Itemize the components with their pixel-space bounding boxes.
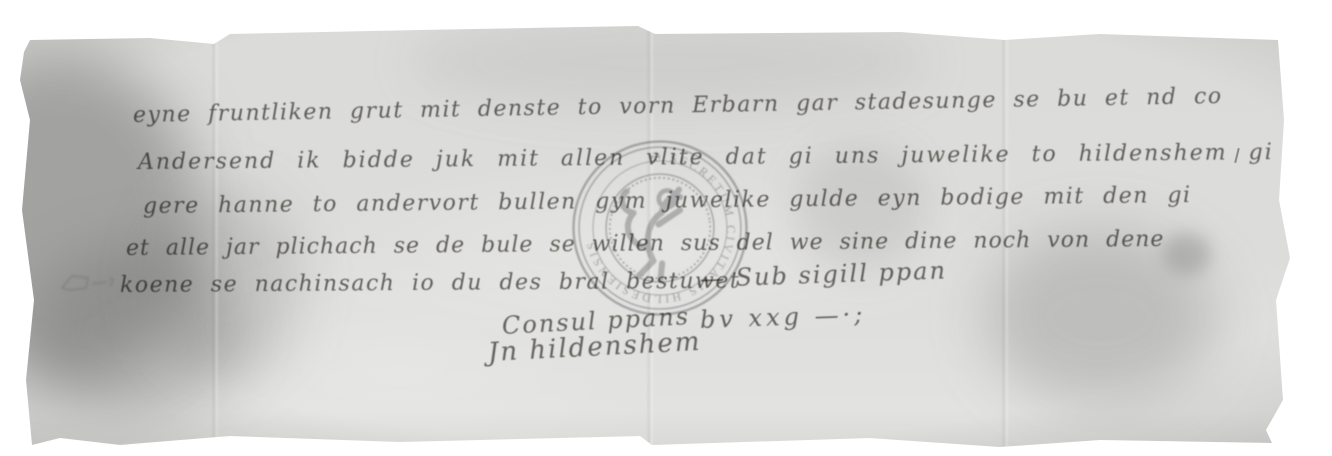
- stain-right-large: [985, 230, 1215, 405]
- manuscript-line-4: et alle jar plichach se de bule se wille…: [126, 227, 1165, 261]
- parchment: lion rampant: [0, 0, 1332, 456]
- stain-right-small: [1163, 233, 1211, 275]
- manuscript-line-6-numerals: bv xxg —·;: [700, 300, 867, 334]
- scanned-document: lion rampant: [0, 0, 1332, 456]
- faint-archival-mark: [58, 268, 120, 300]
- fold-crease-left: [213, 0, 215, 456]
- manuscript-line-1: eyne fruntliken grut mit denste to vorn …: [133, 84, 1223, 128]
- manuscript-line-5: koene se nachinsach io du des bral bestu…: [120, 269, 740, 298]
- manuscript-line-2: Andersend ik bidde juk mit allen vlite d…: [138, 140, 1274, 175]
